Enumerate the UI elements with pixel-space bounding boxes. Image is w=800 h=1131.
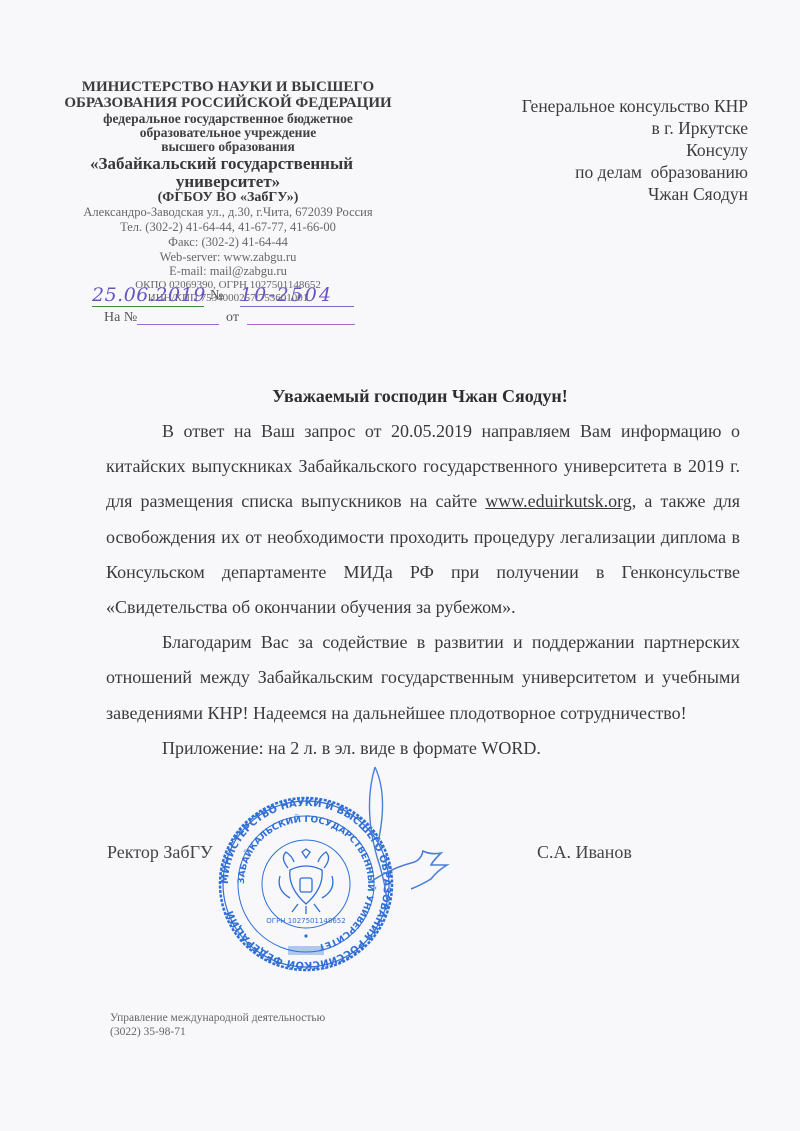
stamp-ogrn: ОГРН 1027501148652	[266, 917, 345, 925]
letterhead: МИНИСТЕРСТВО НАУКИ И ВЫСШЕГО ОБРАЗОВАНИЯ…	[62, 80, 394, 306]
paragraph-1: В ответ на Ваш запрос от 20.05.2019 напр…	[106, 414, 740, 625]
addressee-line-4: по делам образованию	[448, 162, 748, 184]
website-link[interactable]: www.eduirkutsk.org	[485, 491, 632, 511]
university-address: Александро-Заводская ул., д.30, г.Чита, …	[62, 205, 394, 220]
university-web: Web-server: www.zabgu.ru	[62, 250, 394, 265]
handwritten-signature-icon	[365, 755, 485, 905]
reply-from-label: от	[226, 310, 239, 326]
ministry-line-1: МИНИСТЕРСТВО НАУКИ И ВЫСШЕГО	[62, 80, 394, 96]
reply-number-label: На №	[104, 310, 137, 326]
signatory-name: С.А. Иванов	[537, 842, 632, 863]
footer-contact: Управление международной деятельностью (…	[110, 1012, 325, 1040]
institution-type-line-1: федеральное государственное бюджетное	[62, 112, 394, 126]
letter-body: В ответ на Ваш запрос от 20.05.2019 напр…	[106, 414, 740, 766]
university-email: E-mail: mail@zabgu.ru	[62, 264, 394, 279]
registration-date: 25.06.2019	[92, 284, 204, 307]
addressee-line-3: Консулу	[448, 140, 748, 162]
stamp-inner-text: ЗАБАЙКАЛЬСКИЙ ГОСУДАРСТВЕННЫЙ УНИВЕРСИТЕ…	[237, 813, 377, 952]
ministry-line-2: ОБРАЗОВАНИЯ РОССИЙСКОЙ ФЕДЕРАЦИИ	[62, 96, 394, 112]
university-name-line-1: «Забайкальский государственный	[62, 155, 394, 173]
university-phone: Тел. (302-2) 41-64-44, 41-67-77, 41-66-0…	[62, 220, 394, 235]
addressee-block: Генеральное консульство КНР в г. Иркутск…	[448, 96, 748, 205]
university-fax: Факс: (302-2) 41-64-44	[62, 235, 394, 250]
reply-reference-line: На № от	[104, 310, 364, 328]
addressee-line-2: в г. Иркутске	[448, 118, 748, 140]
registration-number: 10-2504	[240, 284, 354, 307]
registration-line: 25.06.2019 № 10-2504	[92, 284, 372, 306]
signatory-title: Ректор ЗабГУ	[107, 842, 213, 863]
registration-number-label: №	[210, 288, 223, 304]
university-name-line-2: университет»	[62, 173, 394, 191]
letter-page: МИНИСТЕРСТВО НАУКИ И ВЫСШЕГО ОБРАЗОВАНИЯ…	[0, 0, 800, 1131]
institution-type-line-2: образовательное учреждение	[62, 126, 394, 140]
university-abbreviation: (ФГБОУ ВО «ЗабГУ»)	[62, 191, 394, 206]
institution-type-line-3: высшего образования	[62, 140, 394, 154]
svg-text:ЗАБАЙКАЛЬСКИЙ ГОСУДАРСТВЕННЫЙ: ЗАБАЙКАЛЬСКИЙ ГОСУДАРСТВЕННЫЙ УНИВЕРСИТЕ…	[237, 813, 377, 952]
reply-from-field	[247, 324, 355, 325]
footer-phone: (3022) 35-98-71	[110, 1026, 325, 1040]
paragraph-2: Благодарим Вас за содействие в развитии …	[106, 625, 740, 731]
salutation: Уважаемый господин Чжан Сяодун!	[0, 386, 800, 407]
addressee-line-1: Генеральное консульство КНР	[448, 96, 748, 118]
reply-number-field	[137, 324, 219, 325]
addressee-line-5: Чжан Сяодун	[448, 184, 748, 206]
footer-department: Управление международной деятельностью	[110, 1012, 325, 1026]
